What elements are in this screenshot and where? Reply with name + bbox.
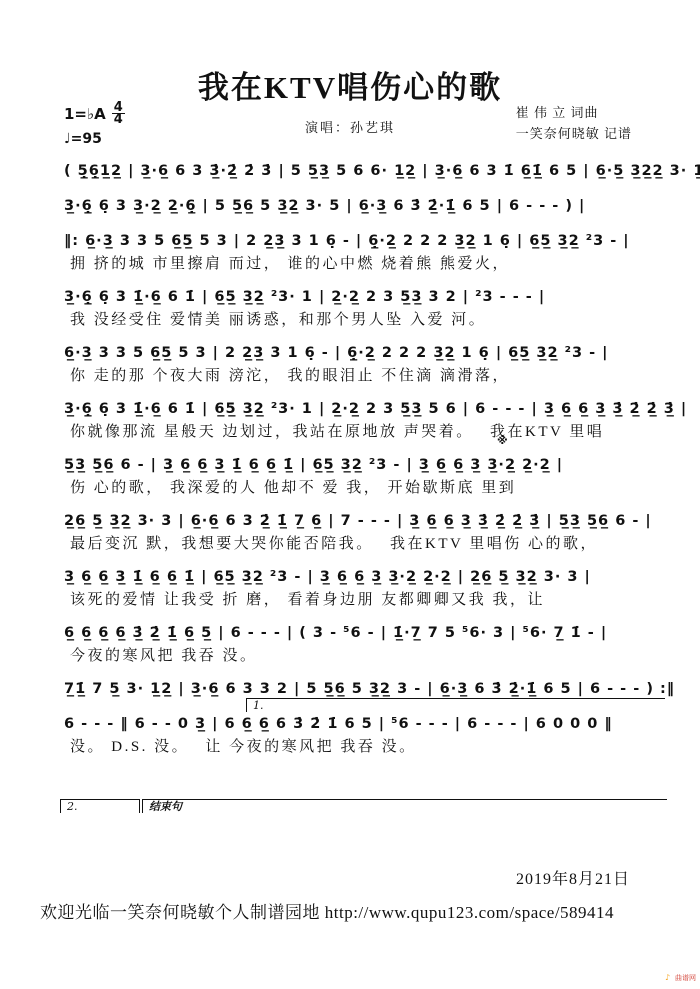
lyric-line-12: 没。 D.S. 没。 让 今夜的寒风把 我吞 没。 (64, 737, 664, 758)
lyric-line-10: 今夜的寒风把 我吞 没。 (64, 646, 664, 667)
volta-1-label: 1. (253, 699, 264, 712)
tempo-marking: ♩=95 (64, 131, 125, 147)
key-tempo-block: 1=♭A 4 4 ♩=95 (64, 102, 125, 147)
volta-2-label: 2. (67, 800, 78, 813)
score-area: ( 5̣̲6̣̲1̲2̲ | 3̲·6̲ 6 3 3̲̇·2̲̇ 2̇ 3̇ |… (64, 158, 664, 767)
system-3: ‖: 6̲·3̲ 3 3 5 6̲5̲ 5 3 | 2 2̲3̲ 3 1 6̣ … (64, 228, 664, 275)
site-watermark-text: 曲谱网 (675, 973, 696, 983)
sheet-music-page: 我在KTV唱伤心的歌 演唱：孙艺琪 崔 伟 立 词曲 一笑奈何晓敏 记谱 1=♭… (0, 0, 700, 989)
music-line-5: 6̲·3̲ 3 3 5 6̲5̲ 5 3 | 2 2̲3̲ 3 1 6̣ - |… (64, 340, 664, 366)
date-label: 2019年8月21日 (516, 866, 630, 889)
music-line-6: 3̲·6̣̲ 6̣ 3 1̲̇·6̲ 6 1̇ | 6̲5̲ 3̲2̲ ²3· … (64, 396, 664, 422)
music-line-8: 2̲6̲ 5̲ 3̲2̲ 3· 3 | 6̲·6̲ 6 3 2̲̇ 1̲̇ 7̲… (64, 508, 664, 534)
music-line-12: 6 - - - ‖ 6 - - 0 3̲ | 6 6̲ 6̲ 6 3̇ 2̇ 1… (64, 711, 664, 737)
system-12: 6 - - - ‖ 6 - - 0 3̲ | 6 6̲ 6̲ 6 3̇ 2̇ 1… (64, 711, 664, 758)
site-watermark: ♪ 曲谱网 (665, 973, 696, 983)
footer-note: 欢迎光临一笑奈何晓敏个人制谱园地 http://www.qupu123.com/… (40, 898, 614, 923)
notator-credit: 一笑奈何晓敏 记谱 (516, 123, 632, 144)
lyric-line-5: 你 走的那 个夜大雨 滂沱， 我的眼泪止 不住滴 滴滑落， (64, 366, 664, 387)
system-8: 2̲6̲ 5̲ 3̲2̲ 3· 3 | 6̲·6̲ 6 3 2̲̇ 1̲̇ 7̲… (64, 508, 664, 555)
music-line-1: ( 5̣̲6̣̲1̲2̲ | 3̲·6̲ 6 3 3̲̇·2̲̇ 2̇ 3̇ |… (64, 158, 664, 184)
system-10: 6̲ 6̲ 6̲ 6̲ 3̲̇ 2̲̇ 1̲̇ 6̲ 5̲ | 6 - - - … (64, 620, 664, 667)
music-line-7: 5̲3̲ 5̲6̲ 6 - | 3̲ 6̲ 6̲ 3̲ 1̲̇ 6̲ 6̲ 1̲… (64, 452, 664, 478)
credits-block: 崔 伟 立 词曲 一笑奈何晓敏 记谱 (516, 102, 632, 144)
time-signature-denominator: 4 (112, 114, 125, 125)
lyric-line-4: 我 没经受住 爱情美 丽诱惑，和那个男人坠 入爱 河。 (64, 310, 664, 331)
lyric-line-3: 拥 挤的城 市里擦肩 而过， 谁的心中燃 烧着熊 熊爱火， (64, 254, 664, 275)
music-line-9: 3̲ 6̲ 6̲ 3̲ 1̲̇ 6̲ 6̲ 1̲̇ | 6̲5̲ 3̲2̲ ²3… (64, 564, 664, 590)
key-signature: 1=♭A (64, 105, 106, 123)
lyric-line-6: 你就像那流 星般天 边划过，我站在原地放 声哭着。 我在KTV 里唱 (64, 422, 664, 443)
segno-mark: ※ (497, 434, 508, 447)
page-title: 我在KTV唱伤心的歌 (0, 0, 700, 107)
lyric-line-9: 该死的爱情 让我受 折 磨， 看着身边朋 友都卿卿又我 我，让 (64, 590, 664, 611)
music-note-icon: ♪ (665, 974, 673, 982)
music-line-10: 6̲ 6̲ 6̲ 6̲ 3̲̇ 2̲̇ 1̲̇ 6̲ 5̲ | 6 - - - … (64, 620, 664, 646)
system-4: 3̲·6̣̲ 6̣ 3 1̲̇·6̲ 6 1̇ | 6̲5̲ 3̲2̲ ²3· … (64, 284, 664, 331)
system-7: 5̲3̲ 5̲6̲ 6 - | 3̲ 6̲ 6̲ 3̲ 1̲̇ 6̲ 6̲ 1̲… (64, 452, 664, 499)
lyric-line-7: 伤 心的歌， 我深爱的人 他却不 爱 我， 开始歇斯底 里到 (64, 478, 664, 499)
lyric-line-8: 最后变沉 默，我想要大哭你能否陪我。 我在KTV 里唱伤 心的歌， (64, 534, 664, 555)
volta-2-bracket: 2. (60, 799, 140, 813)
music-line-4: 3̲·6̣̲ 6̣ 3 1̲̇·6̲ 6 1̇ | 6̲5̲ 3̲2̲ ²3· … (64, 284, 664, 310)
ending-section-bracket: 结束句 (142, 799, 667, 813)
system-2: 3̲·6̣̲ 6̣ 3 3̲·2̲ 2̲·6̣̲ | 5 5̲6̲ 5 3̲2̲… (64, 193, 664, 219)
music-line-2: 3̲·6̣̲ 6̣ 3 3̲·2̲ 2̲·6̣̲ | 5 5̲6̲ 5 3̲2̲… (64, 193, 664, 219)
composer-credit: 崔 伟 立 词曲 (516, 102, 632, 123)
system-5: 6̲·3̲ 3 3 5 6̲5̲ 5 3 | 2 2̲3̲ 3 1 6̣ - |… (64, 340, 664, 387)
system-6: 3̲·6̣̲ 6̣ 3 1̲̇·6̲ 6 1̇ | 6̲5̲ 3̲2̲ ²3· … (64, 396, 664, 443)
time-signature: 4 4 (112, 102, 125, 125)
volta-1-bracket: 1. (246, 698, 665, 712)
system-9: 3̲ 6̲ 6̲ 3̲ 1̲̇ 6̲ 6̲ 1̲̇ | 6̲5̲ 3̲2̲ ²3… (64, 564, 664, 611)
music-line-3: ‖: 6̲·3̲ 3 3 5 6̲5̲ 5 3 | 2 2̲3̲ 3 1 6̣ … (64, 228, 664, 254)
ending-section-label: 结束句 (149, 800, 182, 813)
system-1: ( 5̣̲6̣̲1̲2̲ | 3̲·6̲ 6 3 3̲̇·2̲̇ 2̇ 3̇ |… (64, 158, 664, 184)
